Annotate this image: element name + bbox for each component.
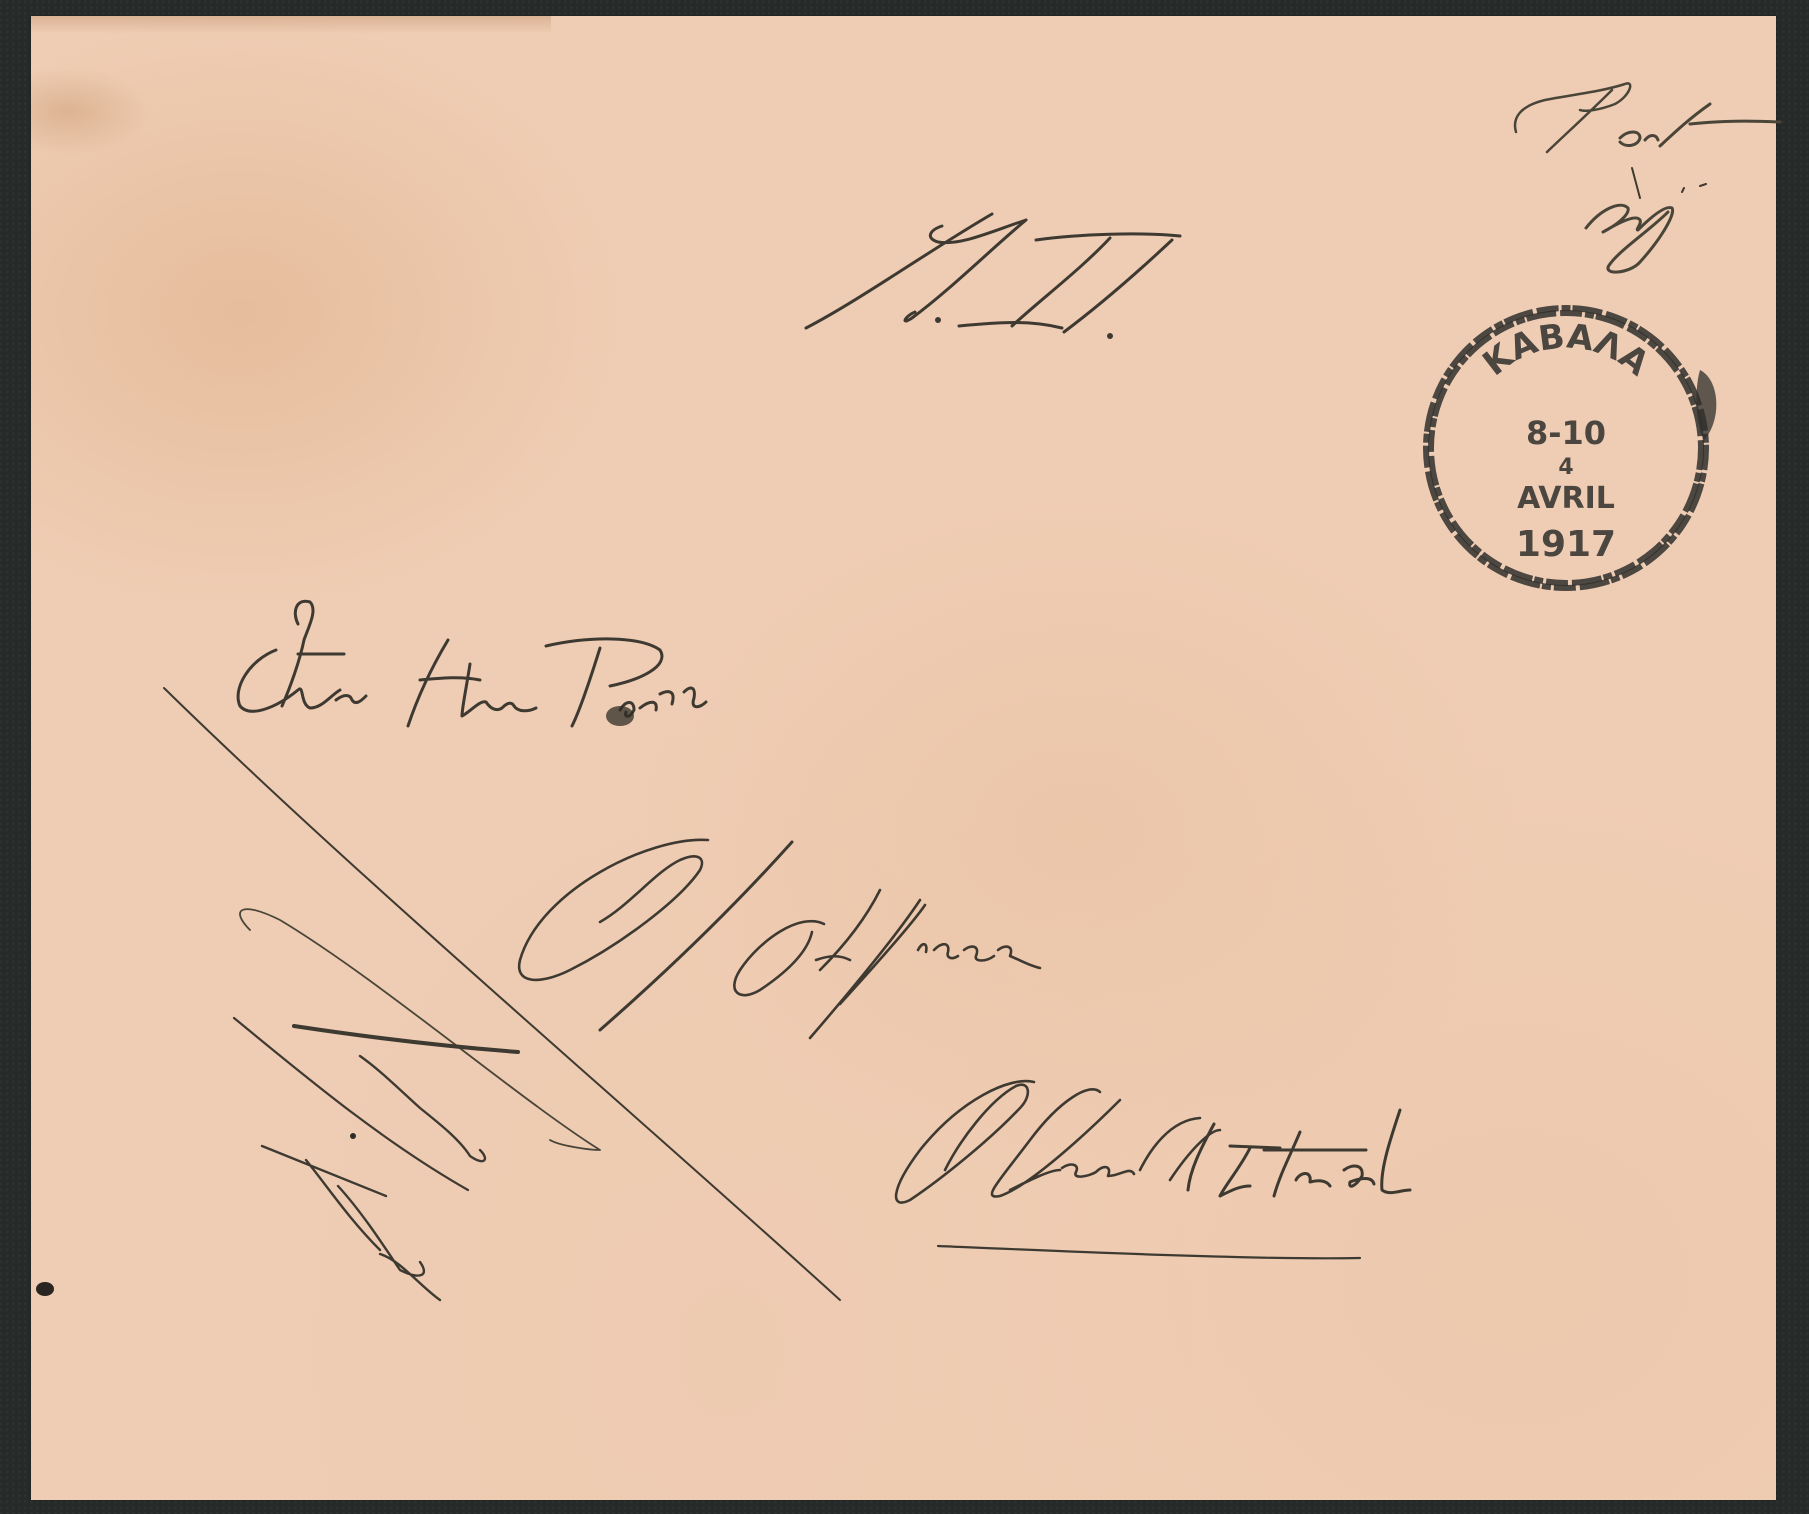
envelope [31,16,1776,1500]
paper-stain-top [31,16,551,34]
paper-stain-left [31,66,151,156]
